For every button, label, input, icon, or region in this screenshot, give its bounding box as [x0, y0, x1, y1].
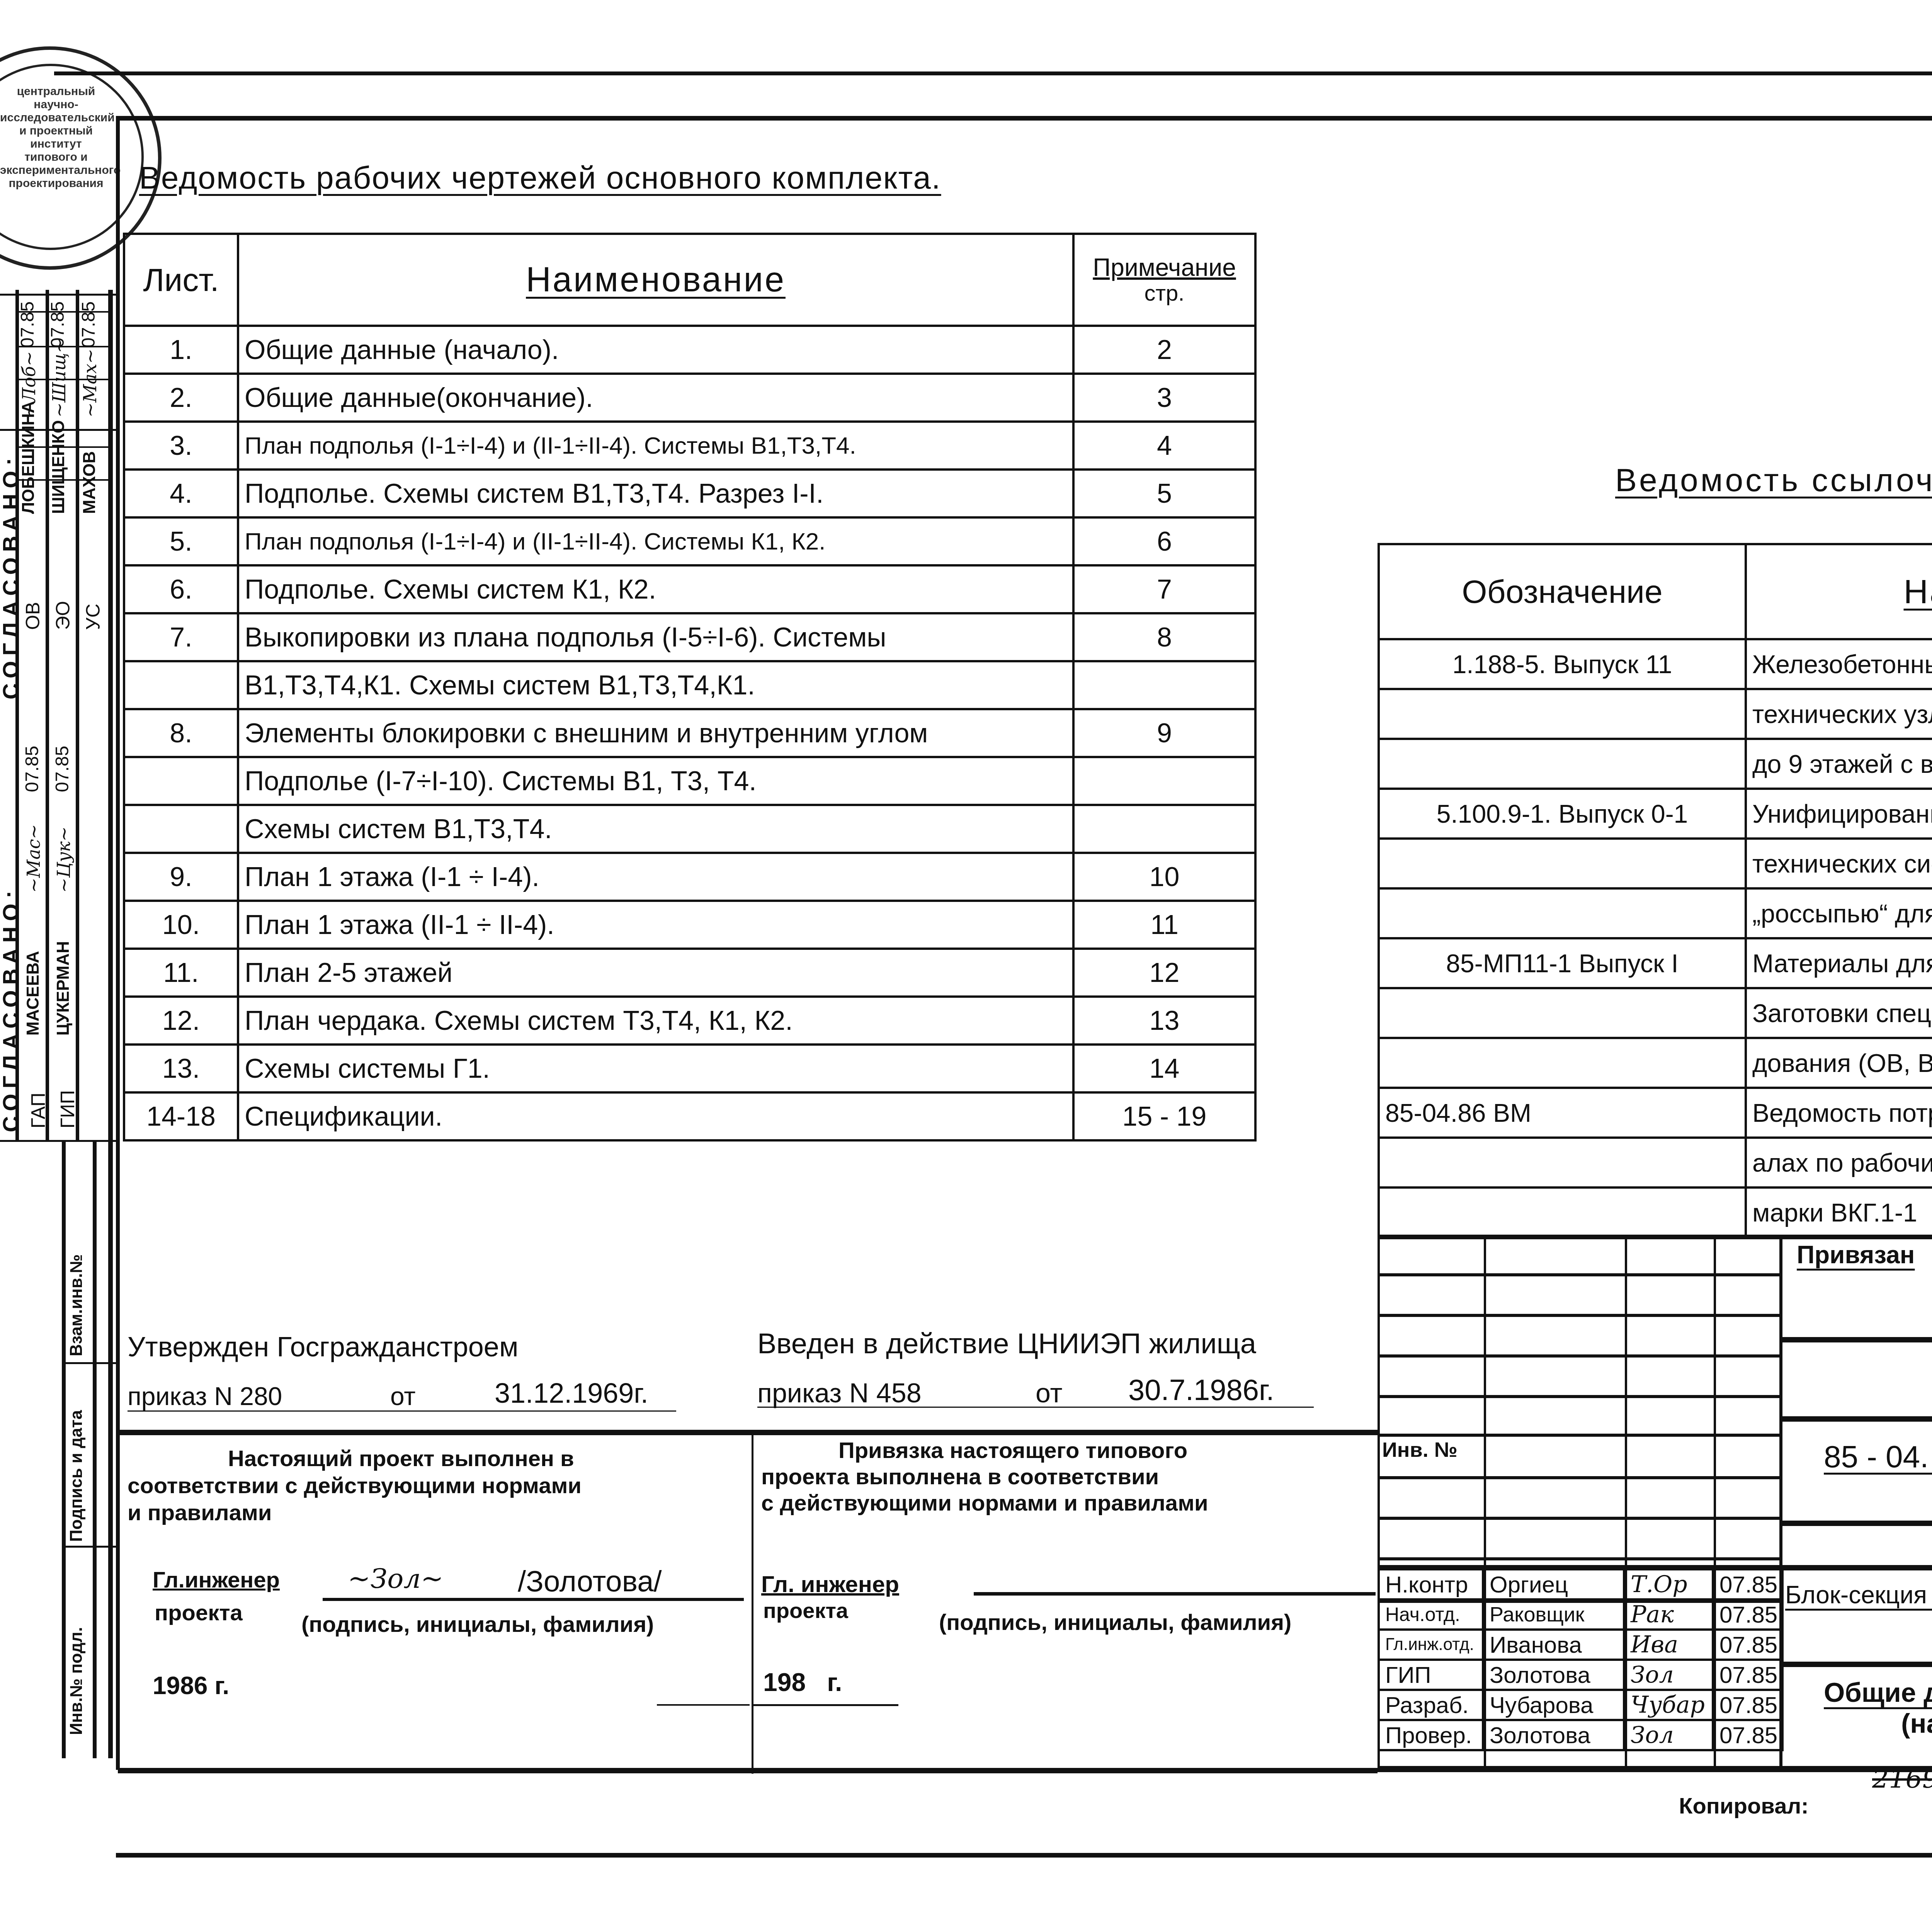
- archive-number: 21691-07 2: [1872, 1766, 1932, 1792]
- sheet-number: 11.: [124, 949, 238, 997]
- binding-signature-line: [974, 1592, 1376, 1596]
- sheet-title-line2: (начало): [1901, 1710, 1932, 1737]
- sheet-name: План 2-5 этажей: [238, 949, 1073, 997]
- grid-rule: [1378, 1557, 1781, 1560]
- compliance-left-line: и правилами: [128, 1499, 750, 1526]
- header-note-sublabel: стр.: [1080, 281, 1249, 306]
- person: Оргиец: [1483, 1569, 1624, 1599]
- grid-rule: [1378, 1434, 1781, 1437]
- table-row: 5.100.9-1. Выпуск 0-1Унифицированные узл…: [1379, 789, 1932, 839]
- doc-code: [1379, 1187, 1746, 1237]
- sheet-page: 5: [1073, 470, 1255, 517]
- table-row: 3.План подполья (I-1÷I-4) и (II-1÷II-4).…: [124, 422, 1255, 470]
- doc-name: Ведомость потребности в матери-: [1746, 1088, 1932, 1138]
- signature-date-field: Подпись и дата: [68, 1410, 85, 1542]
- frame-top-line: [54, 71, 1932, 75]
- binding-year: 198 г.: [763, 1669, 842, 1695]
- left-approval-strip: СОГЛАСОВАНО: 07.85 07.85 07.85 ~Лоб~ ~Ши…: [0, 290, 120, 1758]
- role: Гл.инж.отд.: [1379, 1630, 1483, 1660]
- frame-inner-top-line: [116, 116, 1932, 121]
- sheet-name: Подполье (I-7÷I-10). Системы В1, Т3, Т4.: [238, 757, 1073, 805]
- binding-engineer-label-2: проекта: [763, 1600, 848, 1621]
- signature-row: Нач.отд.РаковщикРак07.85: [1379, 1599, 1782, 1630]
- approver-date: 07.85: [23, 746, 42, 792]
- header-name: Наименование: [238, 234, 1073, 326]
- doc-code: [1379, 988, 1746, 1038]
- grid-rule: [1378, 1273, 1781, 1276]
- sheet-page: 6: [1073, 517, 1255, 565]
- sheet-page: 7: [1073, 565, 1255, 613]
- date: 07.85: [1713, 1720, 1782, 1750]
- strip-rule: [46, 290, 49, 1140]
- table-row: 11.План 2-5 этажей12: [124, 949, 1255, 997]
- sheet-number: 2.: [124, 374, 238, 422]
- drawings-list-table: Лист. Наименование Примечание стр. 1.Общ…: [123, 233, 1257, 1142]
- table-row: Подполье (I-7÷I-10). Системы В1, Т3, Т4.: [124, 757, 1255, 805]
- role: Разраб.: [1379, 1690, 1483, 1720]
- grid-rule: [1378, 1314, 1781, 1317]
- enacted-by: Введен в действие ЦНИИЭП жилища: [757, 1329, 1256, 1358]
- frame-bottom-line: [116, 1853, 1932, 1858]
- compliance-bottom-line: [118, 1768, 1378, 1773]
- approver-dept: ОВ: [23, 602, 43, 630]
- header-sheet: Лист.: [124, 234, 238, 326]
- signature: Зол: [1624, 1660, 1713, 1690]
- table-row: 12.План чердака. Схемы систем Т3,Т4, К1,…: [124, 997, 1255, 1045]
- header-doc-name: Наименование: [1746, 544, 1932, 639]
- approver-signature: ~Цук~: [55, 827, 73, 893]
- header-code: Обозначение: [1379, 544, 1746, 639]
- copied-label: Копировал:: [1679, 1795, 1809, 1817]
- sheet-name: Спецификации.: [238, 1092, 1073, 1140]
- sheet-page: 10: [1073, 853, 1255, 901]
- sheet-page: 11: [1073, 901, 1255, 949]
- signatures-table: Н.контрОргиецТ.Ор07.85 Нач.отд.РаковщикР…: [1378, 1568, 1784, 1751]
- approved-underline: [128, 1410, 676, 1412]
- drawings-list-title: Ведомость рабочих чертежей основного ком…: [139, 162, 941, 194]
- doc-name: „россыпью“ для жилых зданий.: [1746, 888, 1932, 938]
- enacted-underline: [757, 1407, 1314, 1408]
- approver-dept: ГИП: [58, 1090, 77, 1128]
- signature: Рак: [1624, 1599, 1713, 1630]
- strip-rule: [62, 1546, 116, 1548]
- enacted-date: 30.7.1986г.: [1128, 1376, 1274, 1405]
- table-row: 85-МП11-1 Выпуск IМатериалы для проектир…: [1379, 938, 1932, 988]
- table-row: 14-18Спецификации.15 - 19: [124, 1092, 1255, 1140]
- sheet-page: 13: [1073, 997, 1255, 1045]
- binding-signature-caption: (подпись, инициалы, фамилия): [939, 1611, 1291, 1634]
- sheet-name: Подполье. Схемы систем В1,Т3,Т4. Разрез …: [238, 470, 1073, 517]
- sheet-name: В1,Т3,Т4,К1. Схемы систем В1,Т3,Т4,К1.: [238, 661, 1073, 709]
- sheet-number: [124, 661, 238, 709]
- table-row: алах по рабочим чертежам: [1379, 1138, 1932, 1187]
- chief-engineer-label-2: проекта: [155, 1602, 243, 1624]
- signature: Т.Ор: [1624, 1569, 1713, 1599]
- sheet-page: 15 - 19: [1073, 1092, 1255, 1140]
- doc-code: 5.100.9-1. Выпуск 0-1: [1379, 789, 1746, 839]
- compliance-left-line: соответствии с действующими нормами: [128, 1472, 750, 1499]
- year-line: [657, 1704, 750, 1706]
- table-row: до 9 этажей с высотой этажа 2.8 м.: [1379, 739, 1932, 789]
- table-row: дования (ОВ, ВКГ, Э, УС)ГОСТ 21.110-82: [1379, 1038, 1932, 1088]
- grid-rule: [1378, 1395, 1781, 1398]
- replacement-inv-field: Взам.инв.№: [68, 1254, 85, 1356]
- doc-name: технических систем, монтируемых: [1746, 839, 1932, 888]
- chief-engineer-signature: ~Зол~: [348, 1565, 444, 1592]
- inv-label: Инв. №: [1382, 1439, 1458, 1460]
- doc-code: [1379, 888, 1746, 938]
- person: Золотова: [1483, 1720, 1624, 1750]
- sheet-number: 10.: [124, 901, 238, 949]
- sheet-number: 1.: [124, 326, 238, 374]
- approver-date: 07.85: [80, 301, 98, 348]
- compliance-top-line: [118, 1430, 1378, 1435]
- sheet-page: 12: [1073, 949, 1255, 997]
- strip-rule: [108, 290, 113, 1758]
- seal-line: проектирования: [0, 177, 112, 190]
- signature: Чубар: [1624, 1690, 1713, 1720]
- approved-from: от: [390, 1383, 415, 1409]
- table-row: 9.План 1 этажа (I-1 ÷ I-4).10: [124, 853, 1255, 901]
- doc-code: 85-МП11-1 Выпуск I: [1379, 938, 1746, 988]
- signature-row: Разраб.ЧубароваЧубар07.85: [1379, 1690, 1782, 1720]
- sheet-number: 8.: [124, 709, 238, 757]
- sheet-name: Выкопировки из плана подполья (I-5÷I-6).…: [238, 613, 1073, 661]
- compliance-divider: [752, 1430, 753, 1774]
- doc-name: Унифицированные узлы санитарно-: [1746, 789, 1932, 839]
- seal-text: центральный научно- исследовательский и …: [0, 85, 112, 190]
- sheet-name: План чердака. Схемы систем Т3,Т4, К1, К2…: [238, 997, 1073, 1045]
- approver-dept: ЭО: [53, 601, 73, 630]
- doc-code: 85-04.86 ВМ: [1379, 1088, 1746, 1138]
- sheet-name: Схемы системы Г1.: [238, 1045, 1073, 1092]
- role: Н.контр: [1379, 1569, 1483, 1599]
- sheet-number: 12.: [124, 997, 238, 1045]
- approver-signature: ~Мах~: [81, 349, 99, 417]
- sheet-number: 13.: [124, 1045, 238, 1092]
- strip-rule: [0, 1140, 116, 1142]
- seal-line: научно-: [0, 98, 112, 111]
- table-row: 4.Подполье. Схемы систем В1,Т3,Т4. Разре…: [124, 470, 1255, 517]
- person: Золотова: [1483, 1660, 1624, 1690]
- sheet-number: 14-18: [124, 1092, 238, 1140]
- code-top: [1779, 1416, 1932, 1422]
- role: Нач.отд.: [1379, 1599, 1483, 1630]
- table-row: Схемы систем В1,Т3,Т4.: [124, 805, 1255, 853]
- binding-year-line: [752, 1704, 898, 1706]
- attached-bottom: [1779, 1337, 1932, 1342]
- object-name: Блок-секция 5 этажная: [1785, 1582, 1932, 1607]
- compliance-left-text: Настоящий проект выполнен в соответствии…: [128, 1445, 750, 1526]
- compliance-right-line: Привязка настоящего типового: [761, 1438, 1376, 1464]
- approver-name: ШИЩЕНКО: [50, 420, 67, 514]
- table-row: 2.Общие данные(окончание).3: [124, 374, 1255, 422]
- table-row: марки ВКГ.1-1: [1379, 1187, 1932, 1237]
- table-row: 1.Общие данные (начало).2: [124, 326, 1255, 374]
- approver-dept: ГАП: [29, 1093, 48, 1128]
- sheet-name: План подполья (I-1÷I-4) и (II-1÷II-4). С…: [238, 422, 1073, 470]
- strip-rule: [62, 1140, 66, 1758]
- sheet-page: 8: [1073, 613, 1255, 661]
- doc-code: [1379, 739, 1746, 789]
- sheet-number: 3.: [124, 422, 238, 470]
- table-row: 6.Подполье. Схемы систем К1, К2.7: [124, 565, 1255, 613]
- document-code: 85 - 04. 86 - ВКГ. 1-1: [1824, 1441, 1932, 1472]
- table-row: технических систем, монтируемых: [1379, 839, 1932, 888]
- doc-name: технических узлов жилых домов: [1746, 689, 1932, 739]
- table-row: 10.План 1 этажа (II-1 ÷ II-4).11: [124, 901, 1255, 949]
- signature-row: Гл.инж.отд.ИвановаИва07.85: [1379, 1630, 1782, 1660]
- sheet-number: 6.: [124, 565, 238, 613]
- approver-dept: УС: [83, 604, 103, 630]
- date: 07.85: [1713, 1660, 1782, 1690]
- approver-name: ЛОБЕШКИНА: [20, 401, 37, 514]
- grid-rule: [1378, 1235, 1932, 1239]
- compliance-left-line: Настоящий проект выполнен в: [128, 1445, 750, 1472]
- doc-code: [1379, 689, 1746, 739]
- sheet-number: [124, 757, 238, 805]
- doc-name: Железобетонные кабины санитарно-: [1746, 639, 1932, 689]
- binding-engineer-label: Гл. инженер: [761, 1573, 899, 1596]
- doc-name: Заготовки спецификаций обору-: [1746, 988, 1932, 1038]
- sheet-page: 2: [1073, 326, 1255, 374]
- sheet-name: Схемы систем В1,Т3,Т4.: [238, 805, 1073, 853]
- signature-caption: (подпись, инициалы, фамилия): [301, 1613, 654, 1636]
- sheet-name: План 1 этажа (II-1 ÷ II-4).: [238, 901, 1073, 949]
- signature-row: Провер.ЗолотоваЗол07.85: [1379, 1720, 1782, 1750]
- chief-engineer-name: /Золотова/: [518, 1567, 662, 1596]
- sheet-name: План 1 этажа (I-1 ÷ I-4).: [238, 853, 1073, 901]
- table-row: 8.Элементы блокировки с внешним и внутре…: [124, 709, 1255, 757]
- approver-signature: ~Шищ~: [50, 338, 68, 417]
- table-row: 5.План подполья (I-1÷I-4) и (II-1÷II-4).…: [124, 517, 1255, 565]
- approver-name: ЦУКЕРМАН: [55, 941, 72, 1036]
- strip-rule: [93, 1140, 97, 1758]
- chief-engineer-label: Гл.инженер: [153, 1569, 280, 1591]
- sheet-page: [1073, 661, 1255, 709]
- signature: Зол: [1624, 1720, 1713, 1750]
- role: Провер.: [1379, 1720, 1483, 1750]
- table-row: 85-04.86 ВМВедомость потребности в матер…: [1379, 1088, 1932, 1138]
- sheet-name: План подполья (I-1÷I-4) и (II-1÷II-4). С…: [238, 517, 1073, 565]
- table-row: технических узлов жилых домов: [1379, 689, 1932, 739]
- title-bottom-line: [1378, 1766, 1932, 1772]
- title-mid-line: [1779, 1662, 1932, 1667]
- doc-name: до 9 этажей с высотой этажа 2.8 м.: [1746, 739, 1932, 789]
- person: Иванова: [1483, 1630, 1624, 1660]
- sheet-title-line1: Общие данные: [1824, 1679, 1932, 1706]
- doc-code: 1.188-5. Выпуск 11: [1379, 639, 1746, 689]
- date: 07.85: [1713, 1569, 1782, 1599]
- agreed-label-bottom: СОГЛАСОВАНО:: [0, 885, 22, 1132]
- header-note: Примечание стр.: [1073, 234, 1255, 326]
- approver-signature: ~Мас~: [25, 824, 43, 893]
- reference-docs-table: Обозначение Наименование Примечание 1.18…: [1378, 543, 1932, 1239]
- seal-line: типового и: [0, 151, 112, 164]
- sheet-number: 7.: [124, 613, 238, 661]
- project-year: 1986 г.: [153, 1673, 229, 1698]
- strip-rule: [62, 1362, 116, 1364]
- approver-name: МАХОВ: [81, 451, 98, 514]
- enacted-from: от: [1036, 1380, 1062, 1407]
- table-row: В1,Т3,Т4,К1. Схемы систем В1,Т3,Т4,К1.: [124, 661, 1255, 709]
- compliance-right-line: проекта выполнена в соответствии: [761, 1464, 1376, 1490]
- doc-code: [1379, 1038, 1746, 1088]
- header-note-label: Примечание: [1080, 254, 1249, 281]
- sheet-name: Элементы блокировки с внешним и внутренн…: [238, 709, 1073, 757]
- date: 07.85: [1713, 1630, 1782, 1660]
- seal-line: экспериментального: [0, 164, 112, 177]
- approved-by: Утвержден Госгражданстроем: [128, 1333, 518, 1361]
- sheet-page: 14: [1073, 1045, 1255, 1092]
- date: 07.85: [1713, 1599, 1782, 1630]
- compliance-right-line: с действующими нормами и правилами: [761, 1490, 1376, 1516]
- signature-line: [323, 1598, 744, 1601]
- approved-date: 31.12.1969г.: [495, 1380, 648, 1407]
- seal-line: и проектный институт: [0, 124, 112, 151]
- person: Чубарова: [1483, 1690, 1624, 1720]
- sheet-number: [124, 805, 238, 853]
- sheet-page: [1073, 757, 1255, 805]
- seal-line: центральный: [0, 85, 112, 98]
- original-inv-field: Инв.№ подл.: [68, 1627, 85, 1735]
- attached-label: Привязан: [1797, 1242, 1915, 1267]
- seal-line: исследовательский: [0, 111, 112, 124]
- strip-rule: [76, 290, 79, 1140]
- doc-name: алах по рабочим чертежам: [1746, 1138, 1932, 1187]
- table-row: 7.Выкопировки из плана подполья (I-5÷I-6…: [124, 613, 1255, 661]
- approved-order: приказ N 280: [128, 1383, 282, 1409]
- sheet-number: 5.: [124, 517, 238, 565]
- table-row: Заготовки спецификаций обору-: [1379, 988, 1932, 1038]
- doc-name: Материалы для проектирования.: [1746, 938, 1932, 988]
- doc-code: [1379, 839, 1746, 888]
- sheet-name: Общие данные(окончание).: [238, 374, 1073, 422]
- table-row: 1.188-5. Выпуск 11Железобетонные кабины …: [1379, 639, 1932, 689]
- strip-rule: [0, 294, 116, 296]
- sheet-name: Подполье. Схемы систем К1, К2.: [238, 565, 1073, 613]
- approver-date: 07.85: [53, 746, 72, 792]
- signature-row: ГИПЗолотоваЗол07.85: [1379, 1660, 1782, 1690]
- compliance-right-text: Привязка настоящего типового проекта вып…: [761, 1438, 1376, 1516]
- table-row: 13.Схемы системы Г1.14: [124, 1045, 1255, 1092]
- header-name-label: Наименование: [526, 260, 786, 299]
- grid-rule: [1378, 1517, 1781, 1520]
- sheet-name: Общие данные (начало).: [238, 326, 1073, 374]
- doc-name: дования (ОВ, ВКГ, Э, УС): [1746, 1038, 1932, 1088]
- signature-row: Н.контрОргиецТ.Ор07.85: [1379, 1569, 1782, 1599]
- date: 07.85: [1713, 1690, 1782, 1720]
- header-doc-name-label: Наименование: [1903, 572, 1932, 611]
- sheet-number: 4.: [124, 470, 238, 517]
- role: ГИП: [1379, 1660, 1483, 1690]
- doc-code: [1379, 1138, 1746, 1187]
- sheet-page: [1073, 805, 1255, 853]
- grid-rule: [1378, 1476, 1781, 1479]
- reference-docs-title: Ведомость ссылочных документов.: [1615, 464, 1932, 496]
- signature: Ива: [1624, 1630, 1713, 1660]
- code-bottom: [1779, 1521, 1932, 1526]
- doc-name: марки ВКГ.1-1: [1746, 1187, 1932, 1237]
- sheet-number: 9.: [124, 853, 238, 901]
- sheet-page: 9: [1073, 709, 1255, 757]
- approver-name: МАСЕЕВА: [25, 951, 42, 1036]
- sheet-page: 3: [1073, 374, 1255, 422]
- sheet-page: 4: [1073, 422, 1255, 470]
- enacted-order: приказ N 458: [757, 1380, 922, 1407]
- person: Раковщик: [1483, 1599, 1624, 1630]
- approver-date: 07.85: [19, 301, 37, 348]
- table-row: „россыпью“ для жилых зданий.: [1379, 888, 1932, 938]
- grid-rule: [1378, 1354, 1781, 1358]
